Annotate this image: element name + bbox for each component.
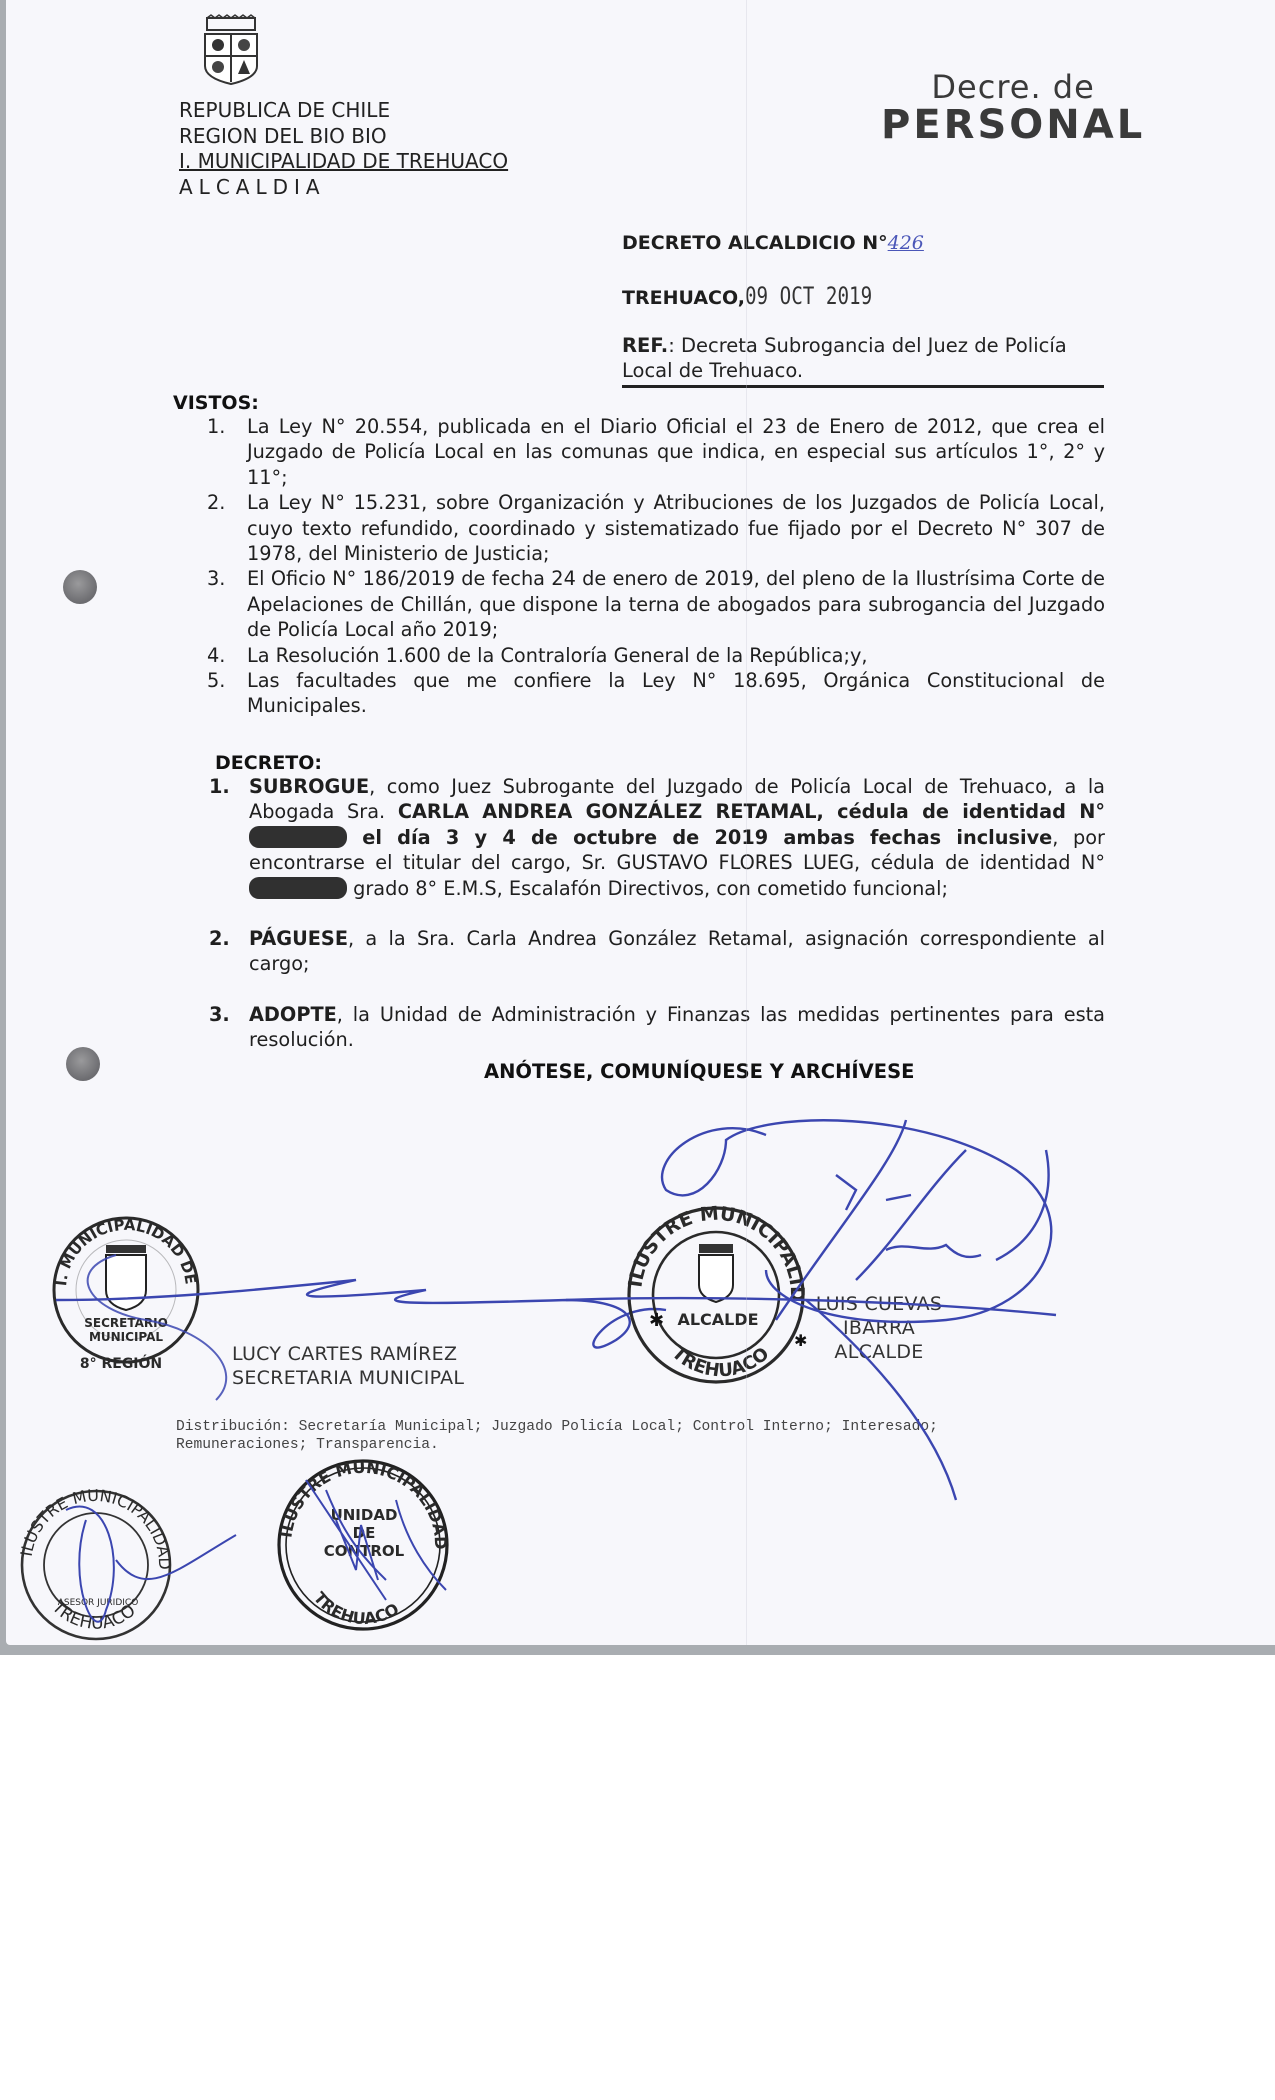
- svg-text:ILUSTRE MUNICIPALIDAD: ILUSTRE MUNICIPALIDAD: [17, 1486, 174, 1570]
- svg-text:ALCALDE: ALCALDE: [677, 1310, 758, 1329]
- svg-text:✱: ✱: [649, 1310, 664, 1331]
- control-unit-seal: ILUSTRE MUNICIPALIDAD UNIDAD DE CONTROL …: [276, 1458, 450, 1629]
- svg-text:MUNICIPAL: MUNICIPAL: [89, 1330, 163, 1344]
- secretary-seal: I. MUNICIPALIDAD DE TREHUACO SECRETARIO …: [6, 0, 200, 1372]
- svg-text:I. MUNICIPALIDAD DE TREHUACO: I. MUNICIPALIDAD DE TREHUACO: [6, 0, 200, 1290]
- svg-text:SECRETARIO: SECRETARIO: [84, 1316, 168, 1330]
- svg-text:8° REGIÓN: 8° REGIÓN: [80, 1354, 162, 1372]
- svg-text:TREHUACO: TREHUACO: [310, 1588, 402, 1628]
- svg-text:✱: ✱: [794, 1331, 807, 1350]
- legal-advisor-seal: ILUSTRE MUNICIPALIDAD ASESOR JURIDICO TR…: [17, 1486, 236, 1639]
- document-page: REPUBLICA DE CHILE REGION DEL BIO BIO I.…: [6, 0, 1275, 1645]
- mayor-seal: ILUSTRE MUNICIPALIDAD ALCALDE TREHUACO ✱…: [6, 0, 808, 1382]
- seals-and-signatures: I. MUNICIPALIDAD DE TREHUACO SECRETARIO …: [6, 0, 1275, 1645]
- svg-text:ILUSTRE MUNICIPALIDAD: ILUSTRE MUNICIPALIDAD: [6, 0, 808, 1302]
